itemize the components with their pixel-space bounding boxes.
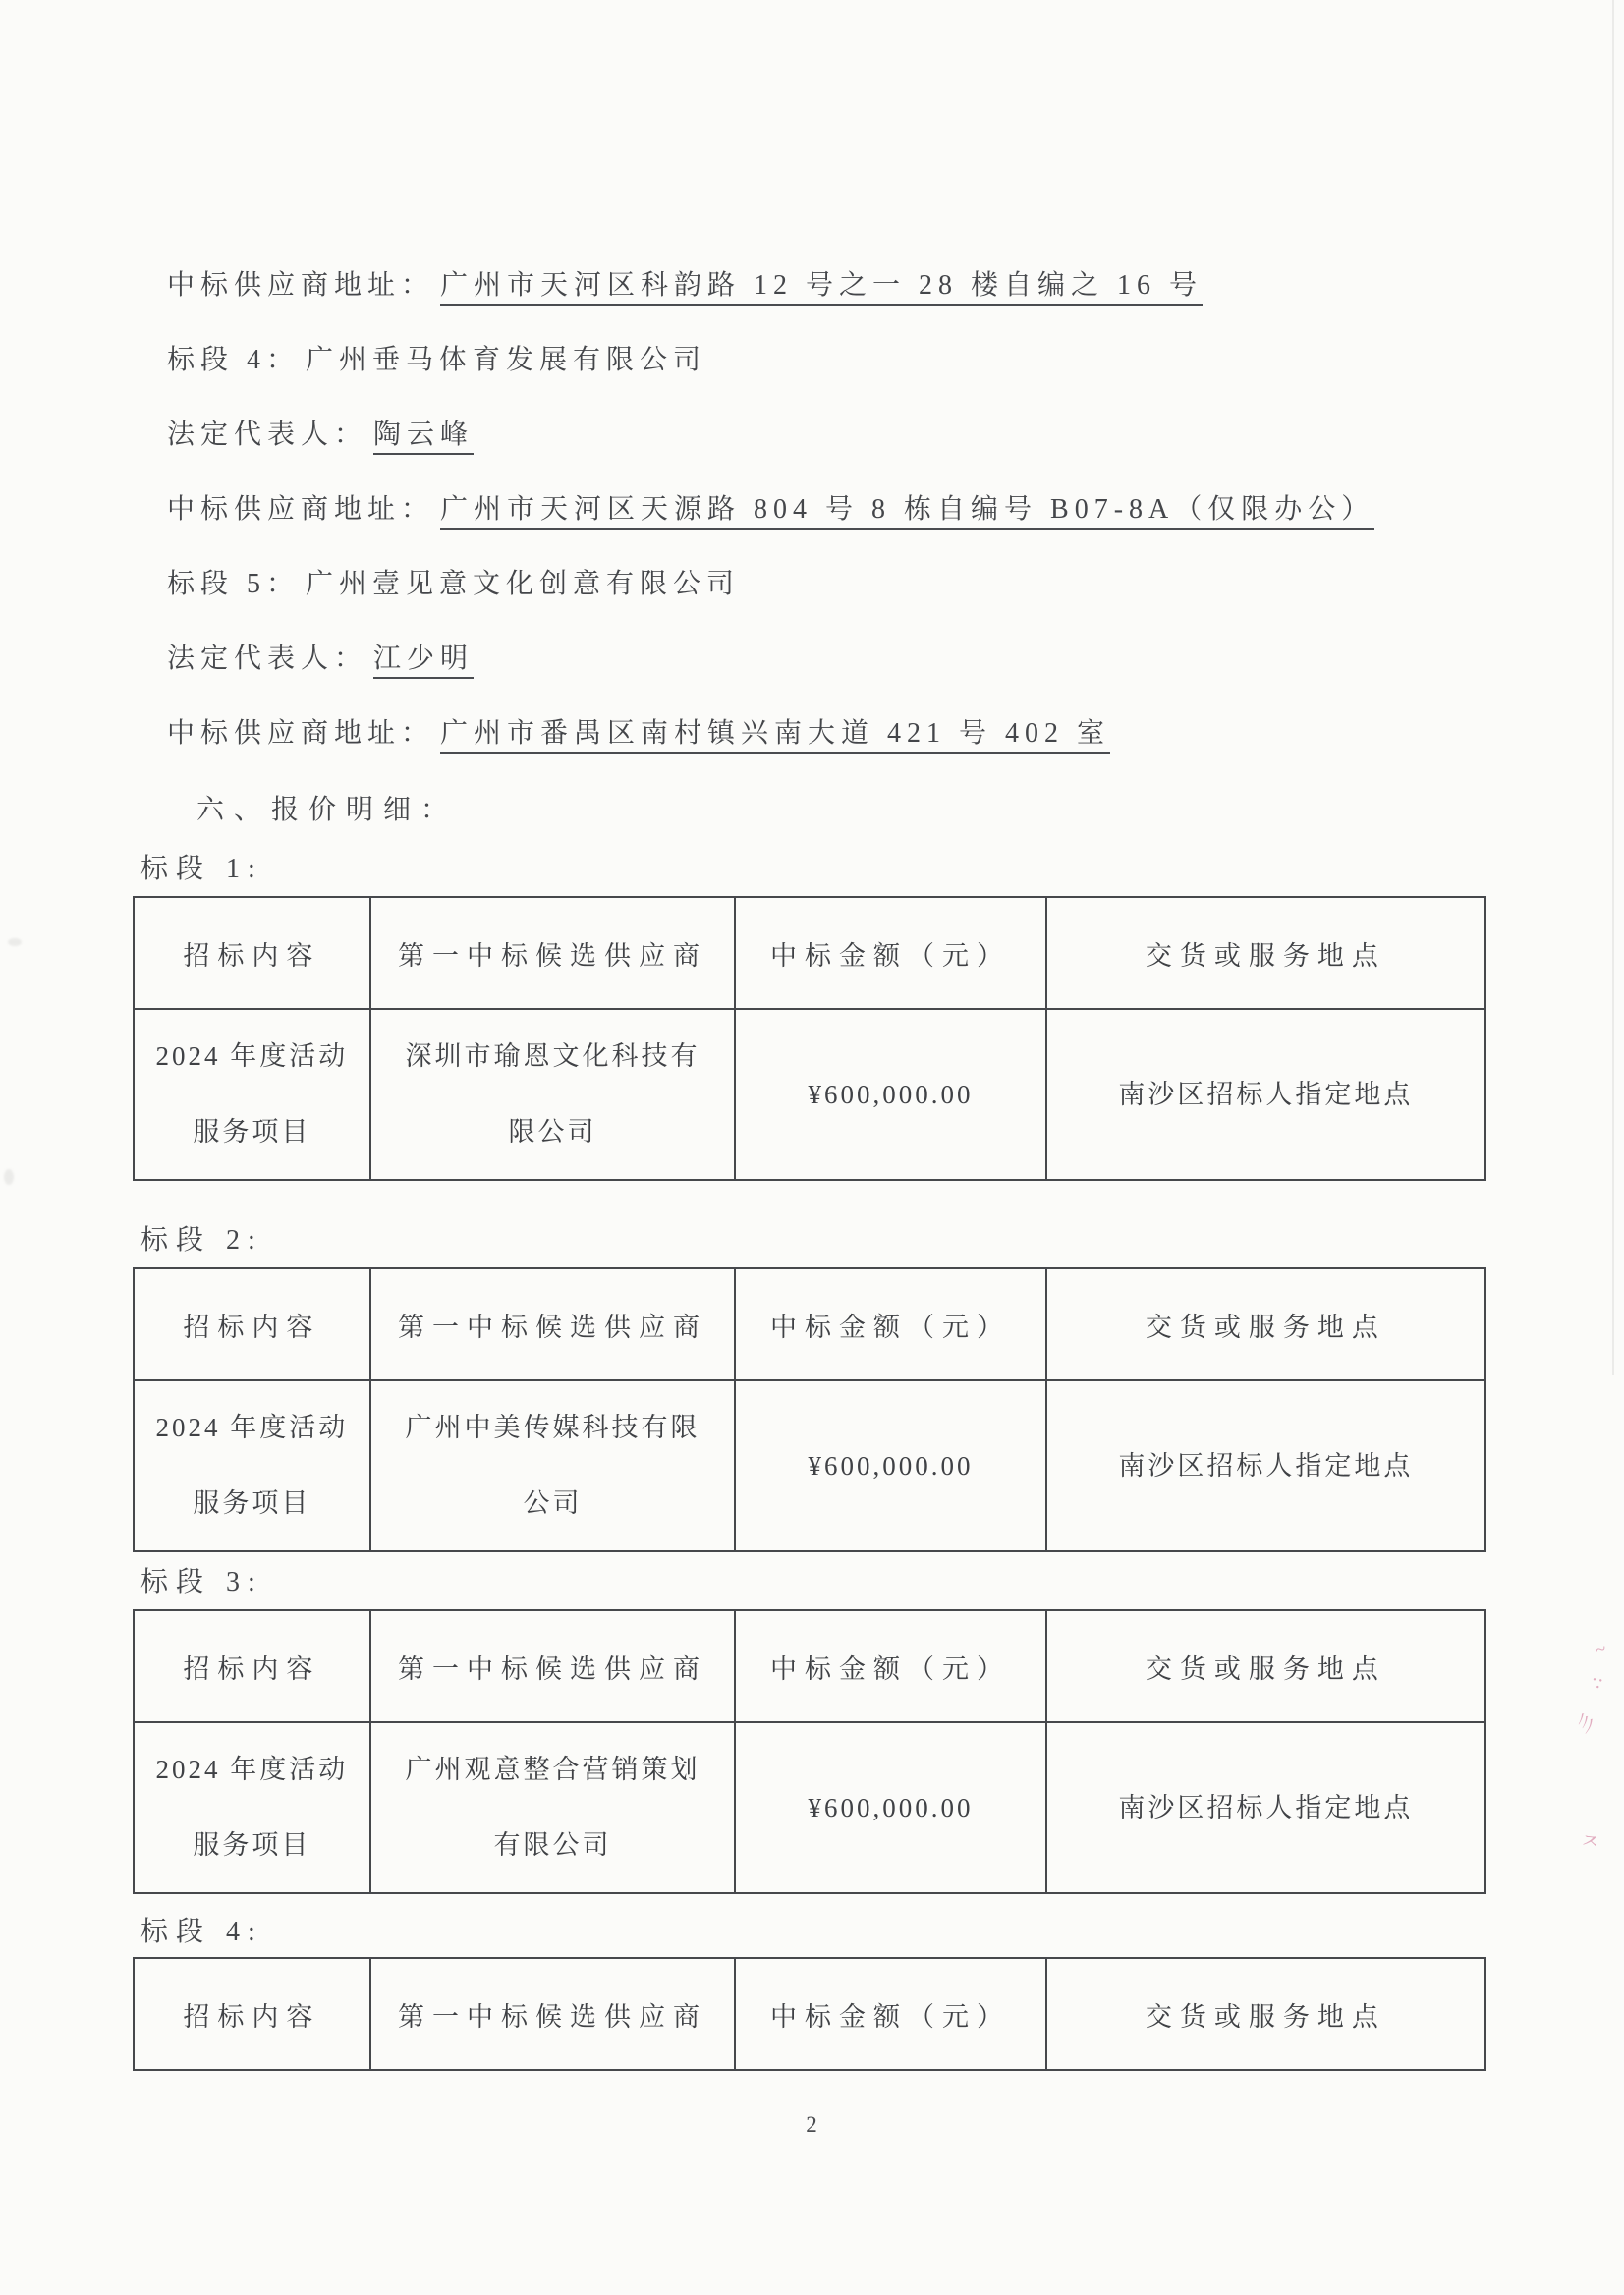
segment-label-2: 标段 2: xyxy=(140,1218,263,1258)
field-value: 广州壹见意文化创意有限公司 xyxy=(306,569,740,599)
table-header-row: 招标内容 第一中标候选供应商 中标金额（元） 交货或服务地点 xyxy=(134,897,1485,1009)
bid-table-segment-3: 招标内容 第一中标候选供应商 中标金额（元） 交货或服务地点 2024 年度活动… xyxy=(133,1609,1486,1894)
supplier-address-line: 中标供应商地址：广州市天河区天源路 804 号 8 栋自编号 B07-8A（仅限… xyxy=(167,487,1374,527)
table-header-row: 招标内容 第一中标候选供应商 中标金额（元） 交货或服务地点 xyxy=(134,1610,1485,1722)
table-header-row: 招标内容 第一中标候选供应商 中标金额（元） 交货或服务地点 xyxy=(134,1268,1485,1380)
supplier-address-line: 中标供应商地址：广州市番禺区南村镇兴南大道 421 号 402 室 xyxy=(167,711,1110,751)
field-value: 广州市番禺区南村镇兴南大道 421 号 402 室 xyxy=(440,718,1110,754)
bid-table-segment-1: 招标内容 第一中标候选供应商 中标金额（元） 交货或服务地点 2024 年度活动… xyxy=(133,896,1486,1181)
field-value: 江少明 xyxy=(373,644,474,679)
col-header-supplier: 第一中标候选供应商 xyxy=(370,1958,736,2070)
field-label: 中标供应商地址： xyxy=(167,494,434,525)
scan-edge-shadow xyxy=(1612,0,1614,1375)
table-header-row: 招标内容 第一中标候选供应商 中标金额（元） 交货或服务地点 xyxy=(134,1958,1485,2070)
field-value: 陶云峰 xyxy=(373,420,474,455)
legal-representative-line: 法定代表人：江少明 xyxy=(167,637,474,676)
cell-winning-supplier: 广州中美传媒科技有限公司 xyxy=(370,1380,736,1551)
scan-ink-artifact: 彡 xyxy=(1568,1705,1601,1739)
field-value: 广州垂马体育发展有限公司 xyxy=(306,345,706,375)
col-header-supplier: 第一中标候选供应商 xyxy=(370,1610,736,1722)
scan-ink-artifact: ·: xyxy=(1587,1669,1607,1695)
table-row: 2024 年度活动服务项目 广州观意整合营销策划有限公司 ¥600,000.00… xyxy=(134,1722,1485,1893)
cell-bid-content: 2024 年度活动服务项目 xyxy=(134,1380,370,1551)
scan-smudge xyxy=(8,938,22,946)
cell-award-amount: ¥600,000.00 xyxy=(735,1380,1045,1551)
page-number: 2 xyxy=(0,2112,1624,2138)
section-heading: 六、报价明细： xyxy=(196,788,458,827)
field-value: 广州市天河区天源路 804 号 8 栋自编号 B07-8A（仅限办公） xyxy=(440,494,1374,530)
bid-table-segment-2: 招标内容 第一中标候选供应商 中标金额（元） 交货或服务地点 2024 年度活动… xyxy=(133,1267,1486,1552)
cell-award-amount: ¥600,000.00 xyxy=(735,1722,1045,1893)
segment-label-4: 标段 4: xyxy=(140,1910,263,1949)
col-header-amount: 中标金额（元） xyxy=(735,1610,1045,1722)
legal-representative-line: 法定代表人：陶云峰 xyxy=(167,413,474,452)
cell-bid-content: 2024 年度活动服务项目 xyxy=(134,1009,370,1180)
cell-bid-content: 2024 年度活动服务项目 xyxy=(134,1722,370,1893)
supplier-address-line: 中标供应商地址：广州市天河区科韵路 12 号之一 28 楼自编之 16 号 xyxy=(167,263,1203,303)
field-label: 中标供应商地址： xyxy=(167,718,434,749)
field-label: 标段 4： xyxy=(167,345,300,375)
col-header-content: 招标内容 xyxy=(134,1268,370,1380)
segment-5-supplier-line: 标段 5：广州壹见意文化创意有限公司 xyxy=(167,562,740,601)
segment-label-1: 标段 1: xyxy=(140,847,263,886)
col-header-content: 招标内容 xyxy=(134,1958,370,2070)
bid-table-segment-4: 招标内容 第一中标候选供应商 中标金额（元） 交货或服务地点 xyxy=(133,1957,1486,2071)
segment-label-3: 标段 3: xyxy=(140,1560,263,1599)
scan-ink-artifact: ㅈ xyxy=(1578,1824,1602,1858)
col-header-location: 交货或服务地点 xyxy=(1046,1268,1485,1380)
col-header-supplier: 第一中标候选供应商 xyxy=(370,1268,736,1380)
cell-service-location: 南沙区招标人指定地点 xyxy=(1046,1380,1485,1551)
col-header-amount: 中标金额（元） xyxy=(735,1268,1045,1380)
col-header-content: 招标内容 xyxy=(134,897,370,1009)
cell-service-location: 南沙区招标人指定地点 xyxy=(1046,1009,1485,1180)
field-label: 法定代表人： xyxy=(167,420,367,450)
col-header-location: 交货或服务地点 xyxy=(1046,897,1485,1009)
cell-winning-supplier: 深圳市瑜恩文化科技有限公司 xyxy=(370,1009,736,1180)
col-header-amount: 中标金额（元） xyxy=(735,897,1045,1009)
col-header-location: 交货或服务地点 xyxy=(1046,1958,1485,2070)
scan-smudge xyxy=(4,1169,14,1185)
cell-service-location: 南沙区招标人指定地点 xyxy=(1046,1722,1485,1893)
scanned-document-page: 中标供应商地址：广州市天河区科韵路 12 号之一 28 楼自编之 16 号 标段… xyxy=(0,0,1624,2295)
col-header-supplier: 第一中标候选供应商 xyxy=(370,897,736,1009)
field-label: 标段 5： xyxy=(167,569,300,599)
col-header-location: 交货或服务地点 xyxy=(1046,1610,1485,1722)
scan-ink-artifact: ~ xyxy=(1593,1638,1609,1662)
table-row: 2024 年度活动服务项目 广州中美传媒科技有限公司 ¥600,000.00 南… xyxy=(134,1380,1485,1551)
field-value: 广州市天河区科韵路 12 号之一 28 楼自编之 16 号 xyxy=(440,270,1203,306)
cell-winning-supplier: 广州观意整合营销策划有限公司 xyxy=(370,1722,736,1893)
segment-4-supplier-line: 标段 4：广州垂马体育发展有限公司 xyxy=(167,338,706,377)
col-header-content: 招标内容 xyxy=(134,1610,370,1722)
col-header-amount: 中标金额（元） xyxy=(735,1958,1045,2070)
cell-award-amount: ¥600,000.00 xyxy=(735,1009,1045,1180)
field-label: 法定代表人： xyxy=(167,644,367,674)
table-row: 2024 年度活动服务项目 深圳市瑜恩文化科技有限公司 ¥600,000.00 … xyxy=(134,1009,1485,1180)
field-label: 中标供应商地址： xyxy=(167,270,434,301)
